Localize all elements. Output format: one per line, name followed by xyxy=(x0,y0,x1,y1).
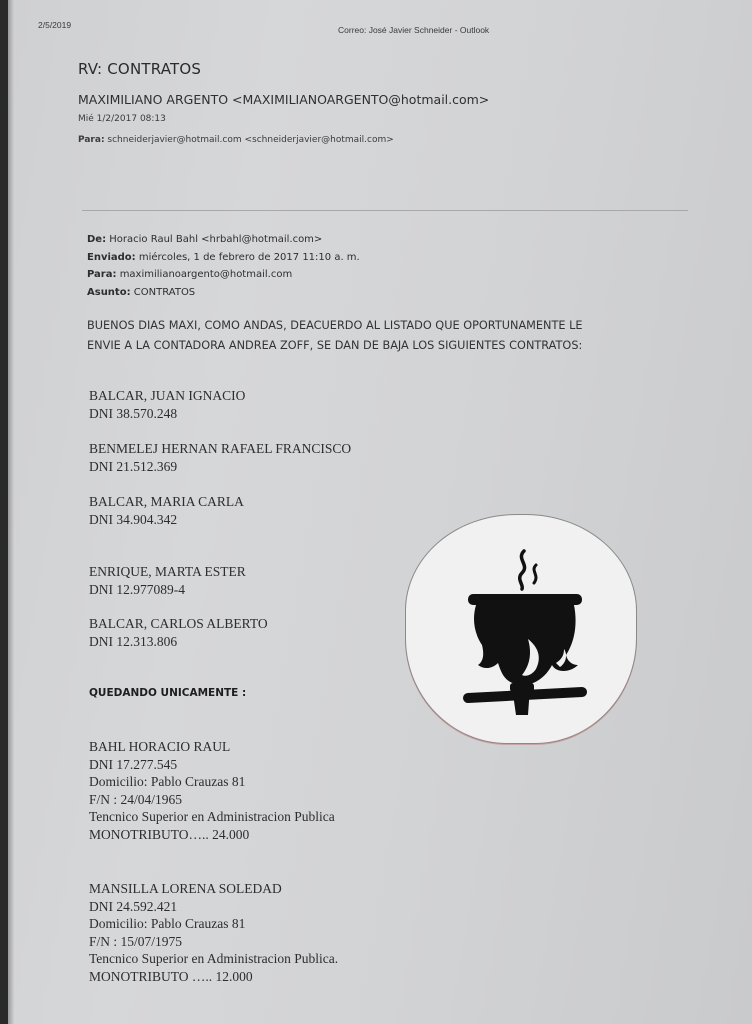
remaining-contract: BAHL HORACIO RAUL DNI 17.277.545 Domicil… xyxy=(89,738,335,843)
contract-title: Tencnico Superior en Administracion Publ… xyxy=(89,950,338,968)
contract-dni: DNI 38.570.248 xyxy=(89,405,245,423)
contract-name: MANSILLA LORENA SOLEDAD xyxy=(89,880,338,898)
remaining-heading: QUEDANDO UNICAMENTE : xyxy=(89,687,246,699)
contract-name: BENMELEJ HERNAN RAFAEL FRANCISCO xyxy=(89,440,351,458)
overlay-sticker xyxy=(406,515,636,743)
cancelled-contract: BALCAR, JUAN IGNACIO DNI 38.570.248 xyxy=(89,387,245,422)
cancelled-contract: BALCAR, CARLOS ALBERTO DNI 12.313.806 xyxy=(89,615,268,650)
contract-dni: DNI 34.904.342 xyxy=(89,511,244,529)
contract-monotributo: MONOTRIBUTO….. 24.000 xyxy=(89,826,335,844)
email-body: BUENOS DIAS MAXI, COMO ANDAS, DEACUERDO … xyxy=(87,316,667,355)
contract-dni: DNI 21.512.369 xyxy=(89,458,351,476)
print-header: 2/5/2019 Correo: José Javier Schneider -… xyxy=(38,20,722,36)
fwd-from: De: Horacio Raul Bahl <hrbahl@hotmail.co… xyxy=(87,231,360,249)
contract-dni: DNI 12.313.806 xyxy=(89,633,268,651)
contract-name: BALCAR, CARLOS ALBERTO xyxy=(89,615,268,633)
forwarded-header: De: Horacio Raul Bahl <hrbahl@hotmail.co… xyxy=(87,231,360,301)
contract-name: BALCAR, MARIA CARLA xyxy=(89,493,244,511)
contract-title: Tencnico Superior en Administracion Publ… xyxy=(89,808,335,826)
contract-monotributo: MONOTRIBUTO ….. 12.000 xyxy=(89,968,338,986)
cooking-pot-over-fire-icon xyxy=(406,515,636,743)
remaining-contract: MANSILLA LORENA SOLEDAD DNI 24.592.421 D… xyxy=(89,880,338,985)
to-value: schneiderjavier@hotmail.com <schneiderja… xyxy=(107,135,393,145)
cancelled-contract: BENMELEJ HERNAN RAFAEL FRANCISCO DNI 21.… xyxy=(89,440,351,475)
cancelled-contract: ENRIQUE, MARTA ESTER DNI 12.977089-4 xyxy=(89,563,246,598)
email-date: Mié 1/2/2017 08:13 xyxy=(78,114,166,124)
contract-name: ENRIQUE, MARTA ESTER xyxy=(89,563,246,581)
email-sender: MAXIMILIANO ARGENTO <MAXIMILIANOARGENTO@… xyxy=(78,92,489,107)
email-subject: RV: CONTRATOS xyxy=(78,60,201,78)
email-recipient: Para: schneiderjavier@hotmail.com <schne… xyxy=(78,135,394,145)
contract-birth: F/N : 24/04/1965 xyxy=(89,791,335,809)
fwd-subject: Asunto: CONTRATOS xyxy=(87,284,360,302)
fwd-to: Para: maximilianoargento@hotmail.com xyxy=(87,266,360,284)
contract-dni: DNI 17.277.545 xyxy=(89,756,335,774)
contract-address: Domicilio: Pablo Crauzas 81 xyxy=(89,773,335,791)
separator-line xyxy=(82,210,688,211)
cancelled-contract: BALCAR, MARIA CARLA DNI 34.904.342 xyxy=(89,493,244,528)
print-window-title: Correo: José Javier Schneider - Outlook xyxy=(338,25,489,35)
print-date: 2/5/2019 xyxy=(38,20,71,30)
contract-address: Domicilio: Pablo Crauzas 81 xyxy=(89,915,338,933)
contract-name: BALCAR, JUAN IGNACIO xyxy=(89,387,245,405)
contract-dni: DNI 24.592.421 xyxy=(89,898,338,916)
fwd-sent: Enviado: miércoles, 1 de febrero de 2017… xyxy=(87,249,360,267)
contract-birth: F/N : 15/07/1975 xyxy=(89,933,338,951)
to-label: Para: xyxy=(78,135,105,145)
printed-email-page: 2/5/2019 Correo: José Javier Schneider -… xyxy=(8,0,752,1024)
contract-name: BAHL HORACIO RAUL xyxy=(89,738,335,756)
contract-dni: DNI 12.977089-4 xyxy=(89,581,246,599)
